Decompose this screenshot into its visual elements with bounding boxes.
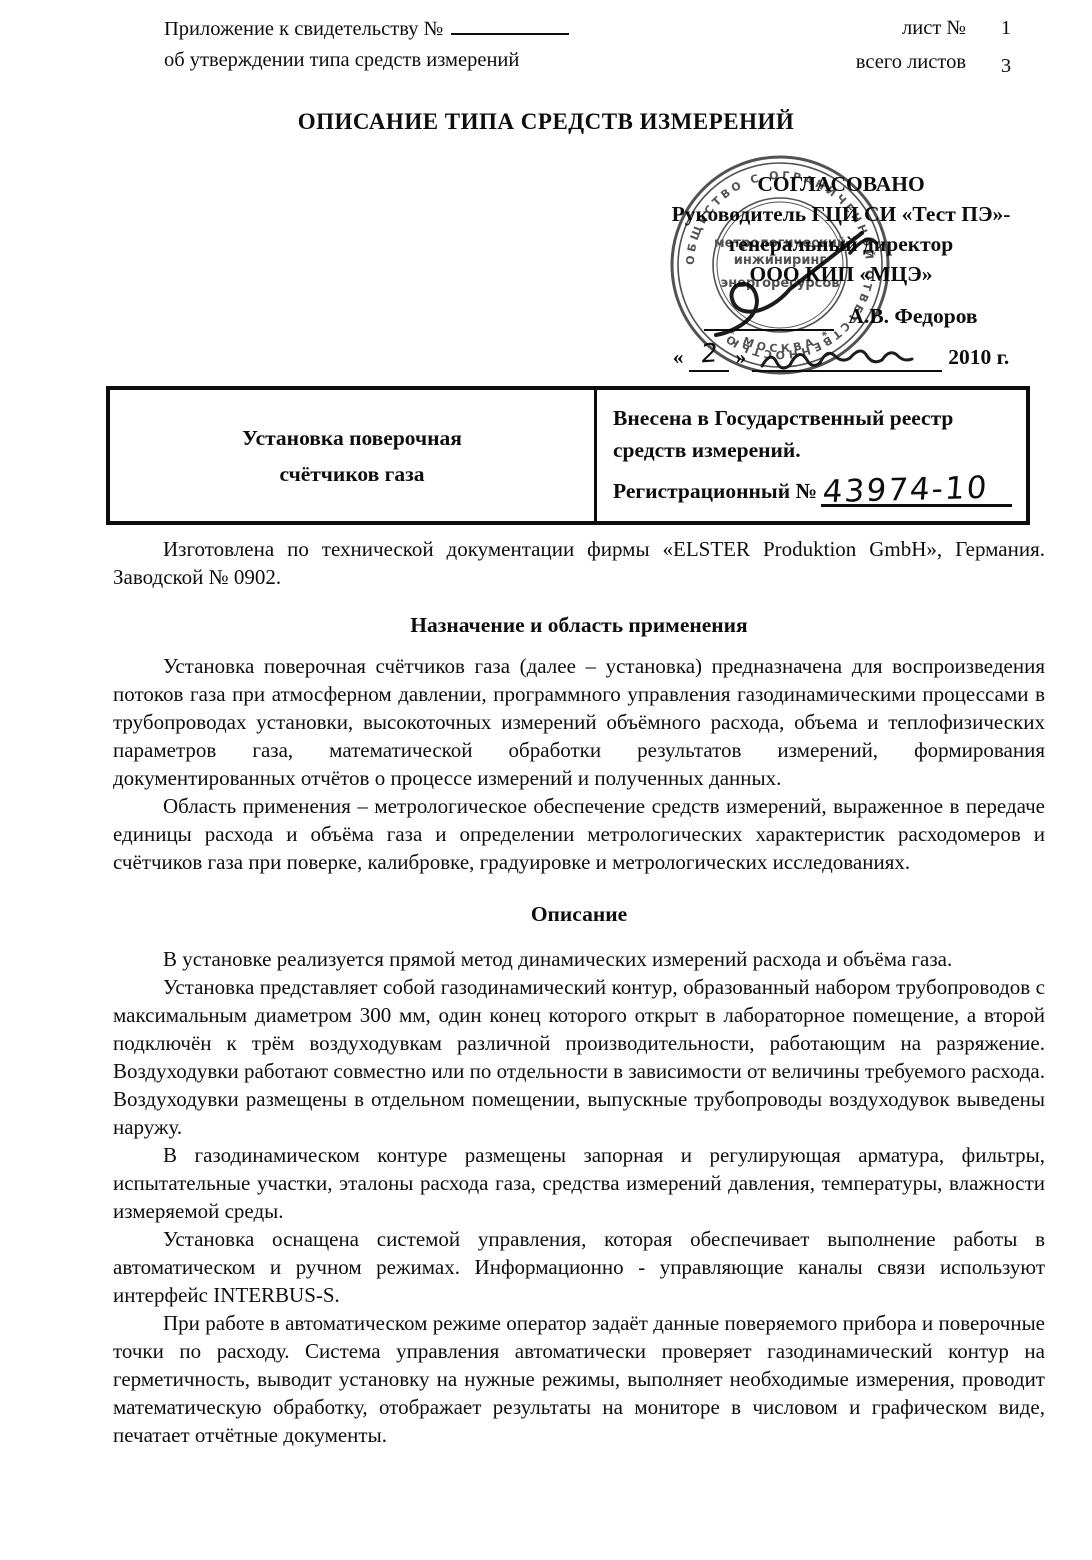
registry-entry-text: Внесена в Государственный реестр средств… <box>613 402 1012 466</box>
quote-open: « <box>673 342 684 372</box>
approval-block: ОБЩЕСТВО С ОГРАНИЧЕННОЙ ОТВЕТСТВЕННОСТЬЮ… <box>616 169 1066 372</box>
total-sheets-label: всего листов <box>856 48 966 77</box>
document-page: Приложение к свидетельству № об утвержде… <box>0 0 1092 1560</box>
device-name-line-2: счётчиков газа <box>279 456 424 492</box>
handwritten-registration-number: 43974-10 <box>822 472 990 508</box>
certificate-number-blank <box>451 15 569 35</box>
device-name-cell: Установка поверочная счётчиков газа <box>110 390 597 521</box>
handwritten-month-blank <box>752 346 942 372</box>
section-heading-description: Описание <box>113 902 1045 927</box>
paragraph: Установка представляет собой газодинамич… <box>113 973 1045 1141</box>
signature-row: А.В. Федоров <box>616 301 1066 331</box>
registry-entry-cell: Внесена в Государственный реестр средств… <box>597 390 1026 521</box>
paragraph: В газодинамическом контуре размещены зап… <box>113 1141 1045 1225</box>
approval-year: 2010 г. <box>948 342 1009 372</box>
signature-underline <box>704 307 834 331</box>
quote-close: » <box>735 342 746 372</box>
sheet-label: лист № <box>902 14 966 43</box>
header-approval-line: об утверждении типа средств измерений <box>164 45 569 76</box>
registration-number-row: Регистрационный № 43974-10 <box>613 470 1012 507</box>
sheet-number: 1 <box>1001 14 1011 43</box>
paragraph: При работе в автоматическом режиме опера… <box>113 1309 1045 1449</box>
device-name-line-1: Установка поверочная <box>242 420 462 456</box>
approval-line-2: генеральный директор <box>616 229 1066 259</box>
header-right: лист № 1 всего листов 3 <box>856 14 1016 81</box>
appendix-label: Приложение к свидетельству № <box>164 18 443 40</box>
registration-number-underline: 43974-10 <box>821 470 1012 507</box>
total-sheets-number: 3 <box>1001 48 1011 81</box>
paragraph: Установка оснащена системой управления, … <box>113 1225 1045 1309</box>
registry-table: Установка поверочная счётчиков газа Внес… <box>106 386 1030 525</box>
approval-date-row: « 2 » 2010 г. <box>616 339 1066 372</box>
approval-line-1: Руководитель ГЦИ СИ «Тест ПЭ»- <box>616 199 1066 229</box>
paragraph: Установка поверочная счётчиков газа (дал… <box>113 652 1045 792</box>
approval-line-3: ООО КИП «МЦЭ» <box>616 259 1066 289</box>
handwritten-day: 2 <box>689 339 729 372</box>
month-scrawl-icon <box>756 344 936 374</box>
header-appendix-line: Приложение к свидетельству № <box>164 14 569 45</box>
paragraph: В установке реализуется прямой метод дин… <box>113 945 1045 973</box>
page-header: Приложение к свидетельству № об утвержде… <box>0 0 1092 81</box>
registration-number-label: Регистрационный № <box>613 475 817 507</box>
approval-status: СОГЛАСОВАНО <box>616 169 1066 199</box>
paragraph: Область применения – метрологическое обе… <box>113 792 1045 876</box>
header-left: Приложение к свидетельству № об утвержде… <box>164 14 569 81</box>
intro-paragraph: Изготовлена по технической документации … <box>113 535 1045 591</box>
document-body: Изготовлена по технической документации … <box>113 535 1045 1449</box>
signer-name: А.В. Федоров <box>848 301 977 331</box>
section-heading-purpose: Назначение и область применения <box>113 613 1045 638</box>
page-title: ОПИСАНИЕ ТИПА СРЕДСТВ ИЗМЕРЕНИЙ <box>0 109 1092 135</box>
